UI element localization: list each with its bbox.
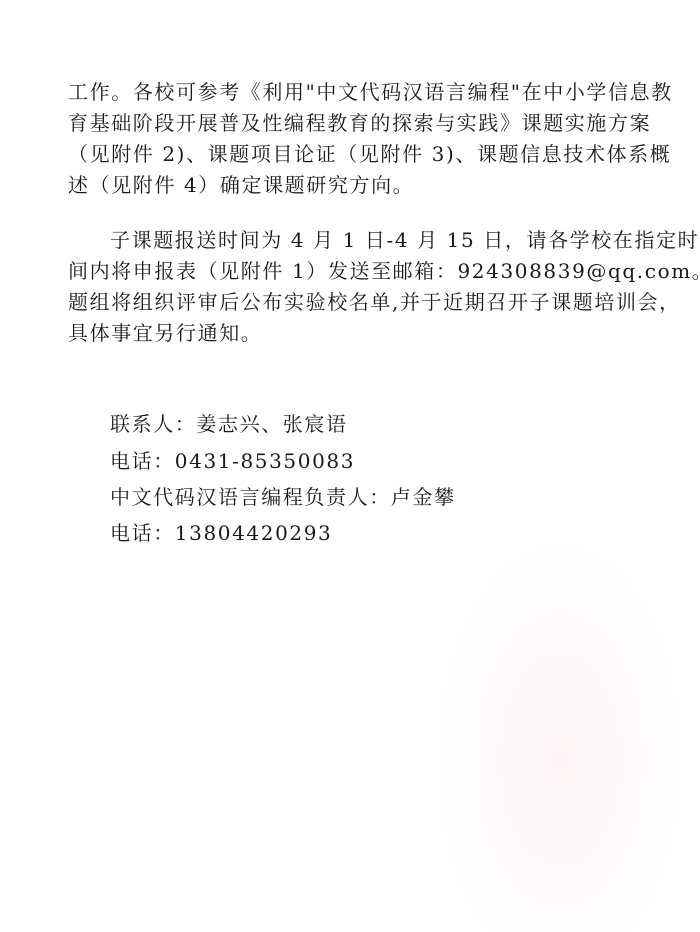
text-line: 工作。各校可参考《利用"中文代码汉语言编程"在中小学信息教 [68, 80, 673, 104]
contact-phone-office: 电话：0431-85350083 [110, 449, 355, 473]
contact-persons: 联系人：姜志兴、张宸语 [110, 412, 348, 436]
text-line: 间内将申报表（见附件 1）发送至邮箱：924308839@qq.com。课 [68, 259, 700, 283]
text-line: 育基础阶段开展普及性编程教育的探索与实践》课题实施方案 [68, 111, 651, 135]
text-line: （见附件 2)、课题项目论证（见附件 3)、课题信息技术体系概 [68, 142, 671, 166]
text-line: 子课题报送时间为 4 月 1 日-4 月 15 日，请各学校在指定时 [110, 228, 699, 252]
document-page: 工作。各校可参考《利用"中文代码汉语言编程"在中小学信息教 育基础阶段开展普及性… [0, 0, 700, 932]
text-line: 述（见附件 4）确定课题研究方向。 [68, 173, 414, 197]
contact-phone-mobile: 电话：13804420293 [110, 521, 332, 545]
text-line: 题组将组织评审后公布实验校名单,并于近期召开子课题培训会， [68, 290, 681, 314]
text-line: 具体事宜另行通知。 [68, 321, 262, 345]
program-lead: 中文代码汉语言编程负责人：卢金攀 [110, 485, 456, 509]
